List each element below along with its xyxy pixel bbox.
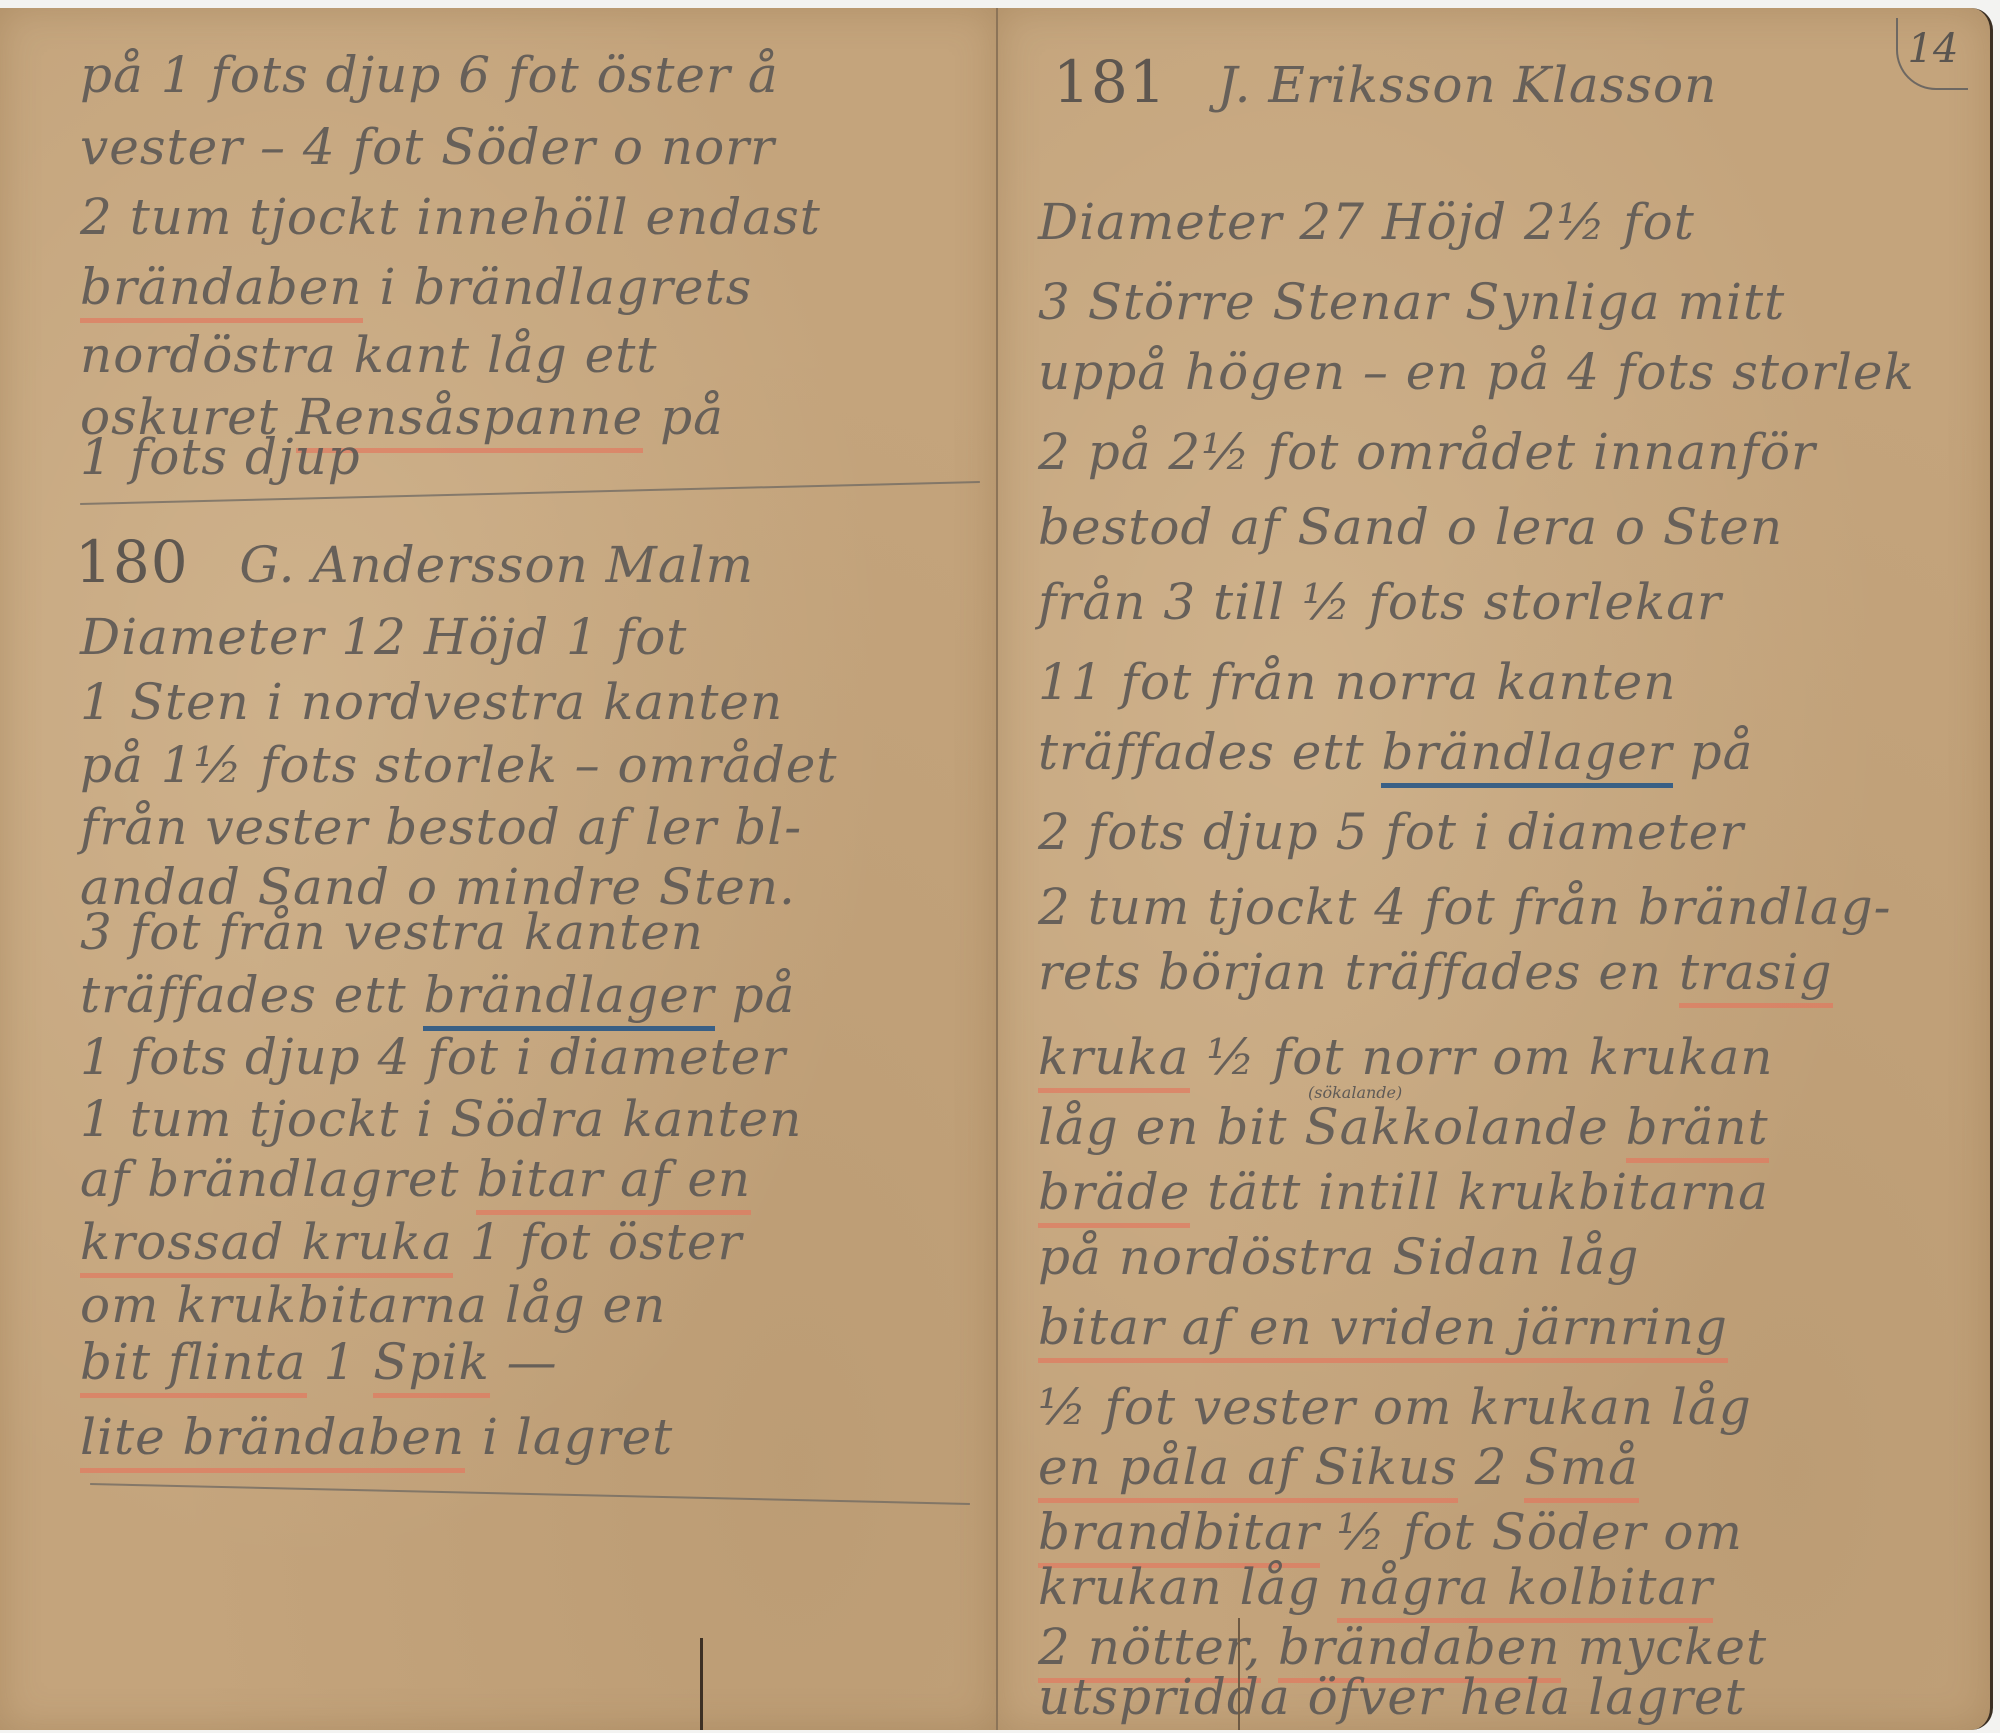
text-line: bräde tätt intill krukbitarna — [1038, 1163, 1769, 1221]
text-line: Diameter 27 Höjd 2½ fot — [1038, 193, 1695, 251]
text-fragment: på — [732, 966, 796, 1024]
entry-name: G. Andersson Malm — [239, 536, 754, 594]
entry-heading: 181 J. Eriksson Klasson — [1053, 48, 1717, 116]
text-line: Diameter 12 Höjd 1 fot — [80, 608, 687, 666]
underlined-word: Små — [1524, 1438, 1638, 1503]
text-fragment: ½ fot norr om krukan — [1206, 1028, 1773, 1086]
text-fragment: i lagret — [482, 1408, 673, 1466]
underlined-word: kruka — [1038, 1028, 1190, 1093]
underlined-word: några kolbitar — [1337, 1558, 1713, 1623]
text-fragment: på — [1690, 723, 1754, 781]
left-page: på 1 fots djup 6 fot öster å vester – 4 … — [0, 8, 998, 1730]
text-line: träffades ett brändlager på — [80, 966, 795, 1024]
text-fragment: låg en bit Sakkolande — [1038, 1098, 1609, 1156]
text-line: på nordöstra Sidan låg — [1038, 1228, 1639, 1286]
paper-tear — [700, 1638, 703, 1730]
text-line: från 3 till ½ fots storlekar — [1038, 573, 1722, 631]
underlined-word: Spik — [373, 1333, 490, 1398]
underlined-word: bitar af en — [476, 1150, 751, 1215]
text-fragment: 1 fot öster — [470, 1213, 743, 1271]
text-fragment: rets början träffades en — [1038, 943, 1662, 1001]
underlined-word: trasig — [1679, 943, 1832, 1008]
text-fragment: krukan låg — [1038, 1558, 1320, 1616]
underlined-word: bränt — [1626, 1098, 1769, 1163]
underlined-word: krossad kruka — [80, 1213, 453, 1278]
entry-number: 180 — [75, 528, 189, 596]
text-line: 3 Större Stenar Synliga mitt — [1038, 273, 1785, 331]
text-line: 2 fots djup 5 fot i diameter — [1038, 803, 1744, 861]
underlined-word: brändlager — [423, 966, 714, 1031]
text-line: 3 fot från vestra kanten — [80, 903, 704, 961]
entry-heading: 180 G. Andersson Malm — [75, 528, 754, 596]
text-fragment: träffades ett — [80, 966, 407, 1024]
entry-name: J. Eriksson Klasson — [1217, 56, 1717, 114]
underlined-word: brändaben — [80, 258, 363, 323]
text-line: utspridda öfver hela lagret — [1038, 1668, 1746, 1726]
text-line: bestod af Sand o lera o Sten — [1038, 498, 1783, 556]
text-line: kruka ½ fot norr om krukan — [1038, 1028, 1774, 1086]
underlined-word: brändlager — [1381, 723, 1672, 788]
text-line: krukan låg några kolbitar — [1038, 1558, 1713, 1616]
text-line: 11 fot från norra kanten — [1038, 653, 1676, 711]
text-line: träffades ett brändlager på — [1038, 723, 1753, 781]
text-line: af brändlagret bitar af en — [80, 1150, 751, 1208]
text-line: 2 tum tjockt innehöll endast — [80, 188, 821, 246]
text-line: brandbitar ½ fot Söder om — [1038, 1503, 1743, 1561]
text-line: nordöstra kant låg ett — [80, 326, 657, 384]
entry-divider — [90, 1483, 970, 1505]
text-fragment: af brändlagret — [80, 1150, 460, 1208]
text-line: lite brändaben i lagret — [80, 1408, 673, 1466]
text-line: en påla af Sikus 2 Små — [1038, 1438, 1639, 1496]
text-fragment: träffades ett — [1038, 723, 1365, 781]
text-line: uppå högen – en på 4 fots storlek — [1038, 343, 1915, 401]
text-line: bit flinta 1 Spik — — [80, 1333, 558, 1391]
text-line: om krukbitarna låg en — [80, 1276, 666, 1334]
underlined-word: en påla af Sikus — [1038, 1438, 1458, 1503]
text-line: vester – 4 fot Söder o norr — [80, 118, 775, 176]
text-line: från vester bestod af ler bl- — [80, 798, 802, 856]
page-number: 14 — [1896, 18, 1968, 90]
right-page: 14 181 J. Eriksson Klasson Diameter 27 H… — [998, 8, 1993, 1730]
text-line: bitar af en vriden järnring — [1038, 1298, 1728, 1356]
text-line: rets början träffades en trasig — [1038, 943, 1833, 1001]
text-line: 2 tum tjockt 4 fot från brändlag- — [1038, 878, 1892, 936]
underlined-word: bräde — [1038, 1163, 1190, 1228]
text-fragment: ½ fot Söder om — [1337, 1503, 1743, 1561]
text-line: 1 Sten i nordvestra kanten — [80, 673, 783, 731]
text-line: 1 tum tjockt i Södra kanten — [80, 1090, 802, 1148]
text-line: brändaben i brändlagrets — [80, 258, 752, 316]
underlined-word: lite brändaben — [80, 1408, 465, 1473]
notebook-spread: på 1 fots djup 6 fot öster å vester – 4 … — [0, 8, 1990, 1730]
text-fragment: — — [507, 1333, 558, 1391]
text-line: låg en bit Sakkolande bränt — [1038, 1098, 1769, 1156]
text-line: på 1½ fots storlek – området — [80, 736, 837, 794]
text-fragment: tätt intill krukbitarna — [1207, 1163, 1769, 1221]
text-fragment: på — [660, 388, 724, 446]
entry-number: 181 — [1053, 48, 1167, 116]
text-fragment: i brändlagrets — [379, 258, 752, 316]
text-line: krossad kruka 1 fot öster — [80, 1213, 742, 1271]
text-line: på 1 fots djup 6 fot öster å — [80, 46, 779, 104]
paper-tear — [1238, 1618, 1240, 1730]
text-line: 1 fots djup — [80, 428, 361, 486]
underlined-word: bitar af en vriden järnring — [1038, 1298, 1728, 1363]
underlined-word: bit flinta — [80, 1333, 307, 1398]
text-fragment: 2 — [1475, 1438, 1508, 1496]
text-line: 2 på 2½ fot området innanför — [1038, 423, 1816, 481]
text-line: ½ fot vester om krukan låg — [1038, 1378, 1752, 1436]
text-fragment: 1 — [323, 1333, 356, 1391]
text-line: 1 fots djup 4 fot i diameter — [80, 1028, 786, 1086]
